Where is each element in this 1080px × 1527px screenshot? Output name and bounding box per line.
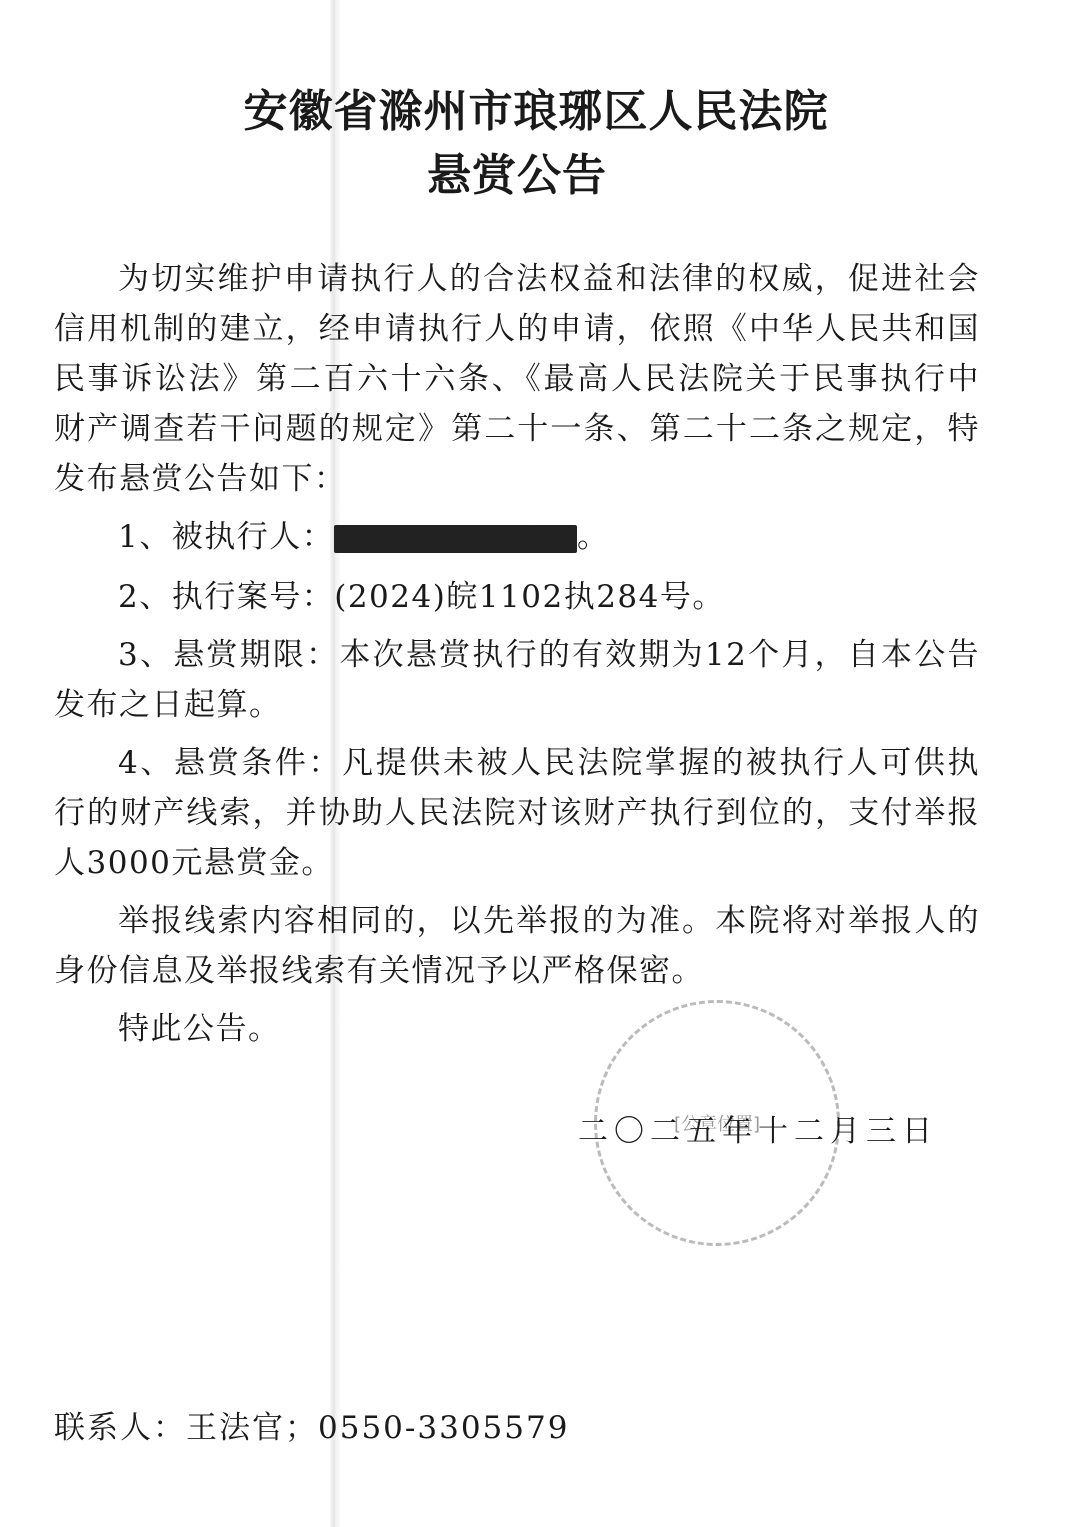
intro-paragraph: 为切实维护申请执行人的合法权益和法律的权威，促进社会信用机制的建立，经申请执行人… [54,254,980,504]
item-1-end: 。 [577,519,610,555]
closing-line: 特此公告。 [54,1004,980,1054]
item-2-case-number: 2、执行案号：(2024)皖1102执284号。 [54,572,980,622]
item-1-respondent: 1、被执行人：[已隐去个人身份信息]。 [54,512,980,564]
item-1-label: 1、被执行人： [118,519,334,555]
redacted-personal-info: [已隐去个人身份信息] [334,525,577,553]
confidentiality-paragraph: 举报线索内容相同的，以先举报的为准。本院将对举报人的身份信息及举报线索有关情况予… [54,896,980,996]
item-4-reward-conditions: 4、悬赏条件：凡提供未被人民法院掌握的被执行人可供执行的财产线索，并协助人民法院… [54,738,980,888]
notice-title: 悬赏公告 [54,144,980,208]
notice-document: 安徽省滁州市琅琊区人民法院 悬赏公告 为切实维护申请执行人的合法权益和法律的权威… [54,80,980,1062]
notice-body: 为切实维护申请执行人的合法权益和法律的权威，促进社会信用机制的建立，经申请执行人… [54,254,980,1054]
issue-date: 二〇二五年十二月三日 [578,1106,938,1150]
court-name-title: 安徽省滁州市琅琊区人民法院 [92,80,980,144]
contact-line: 联系人：王法官；0550-3305579 [54,1402,569,1447]
item-3-reward-period: 3、悬赏期限：本次悬赏执行的有效期为12个月，自本公告发布之日起算。 [54,630,980,730]
